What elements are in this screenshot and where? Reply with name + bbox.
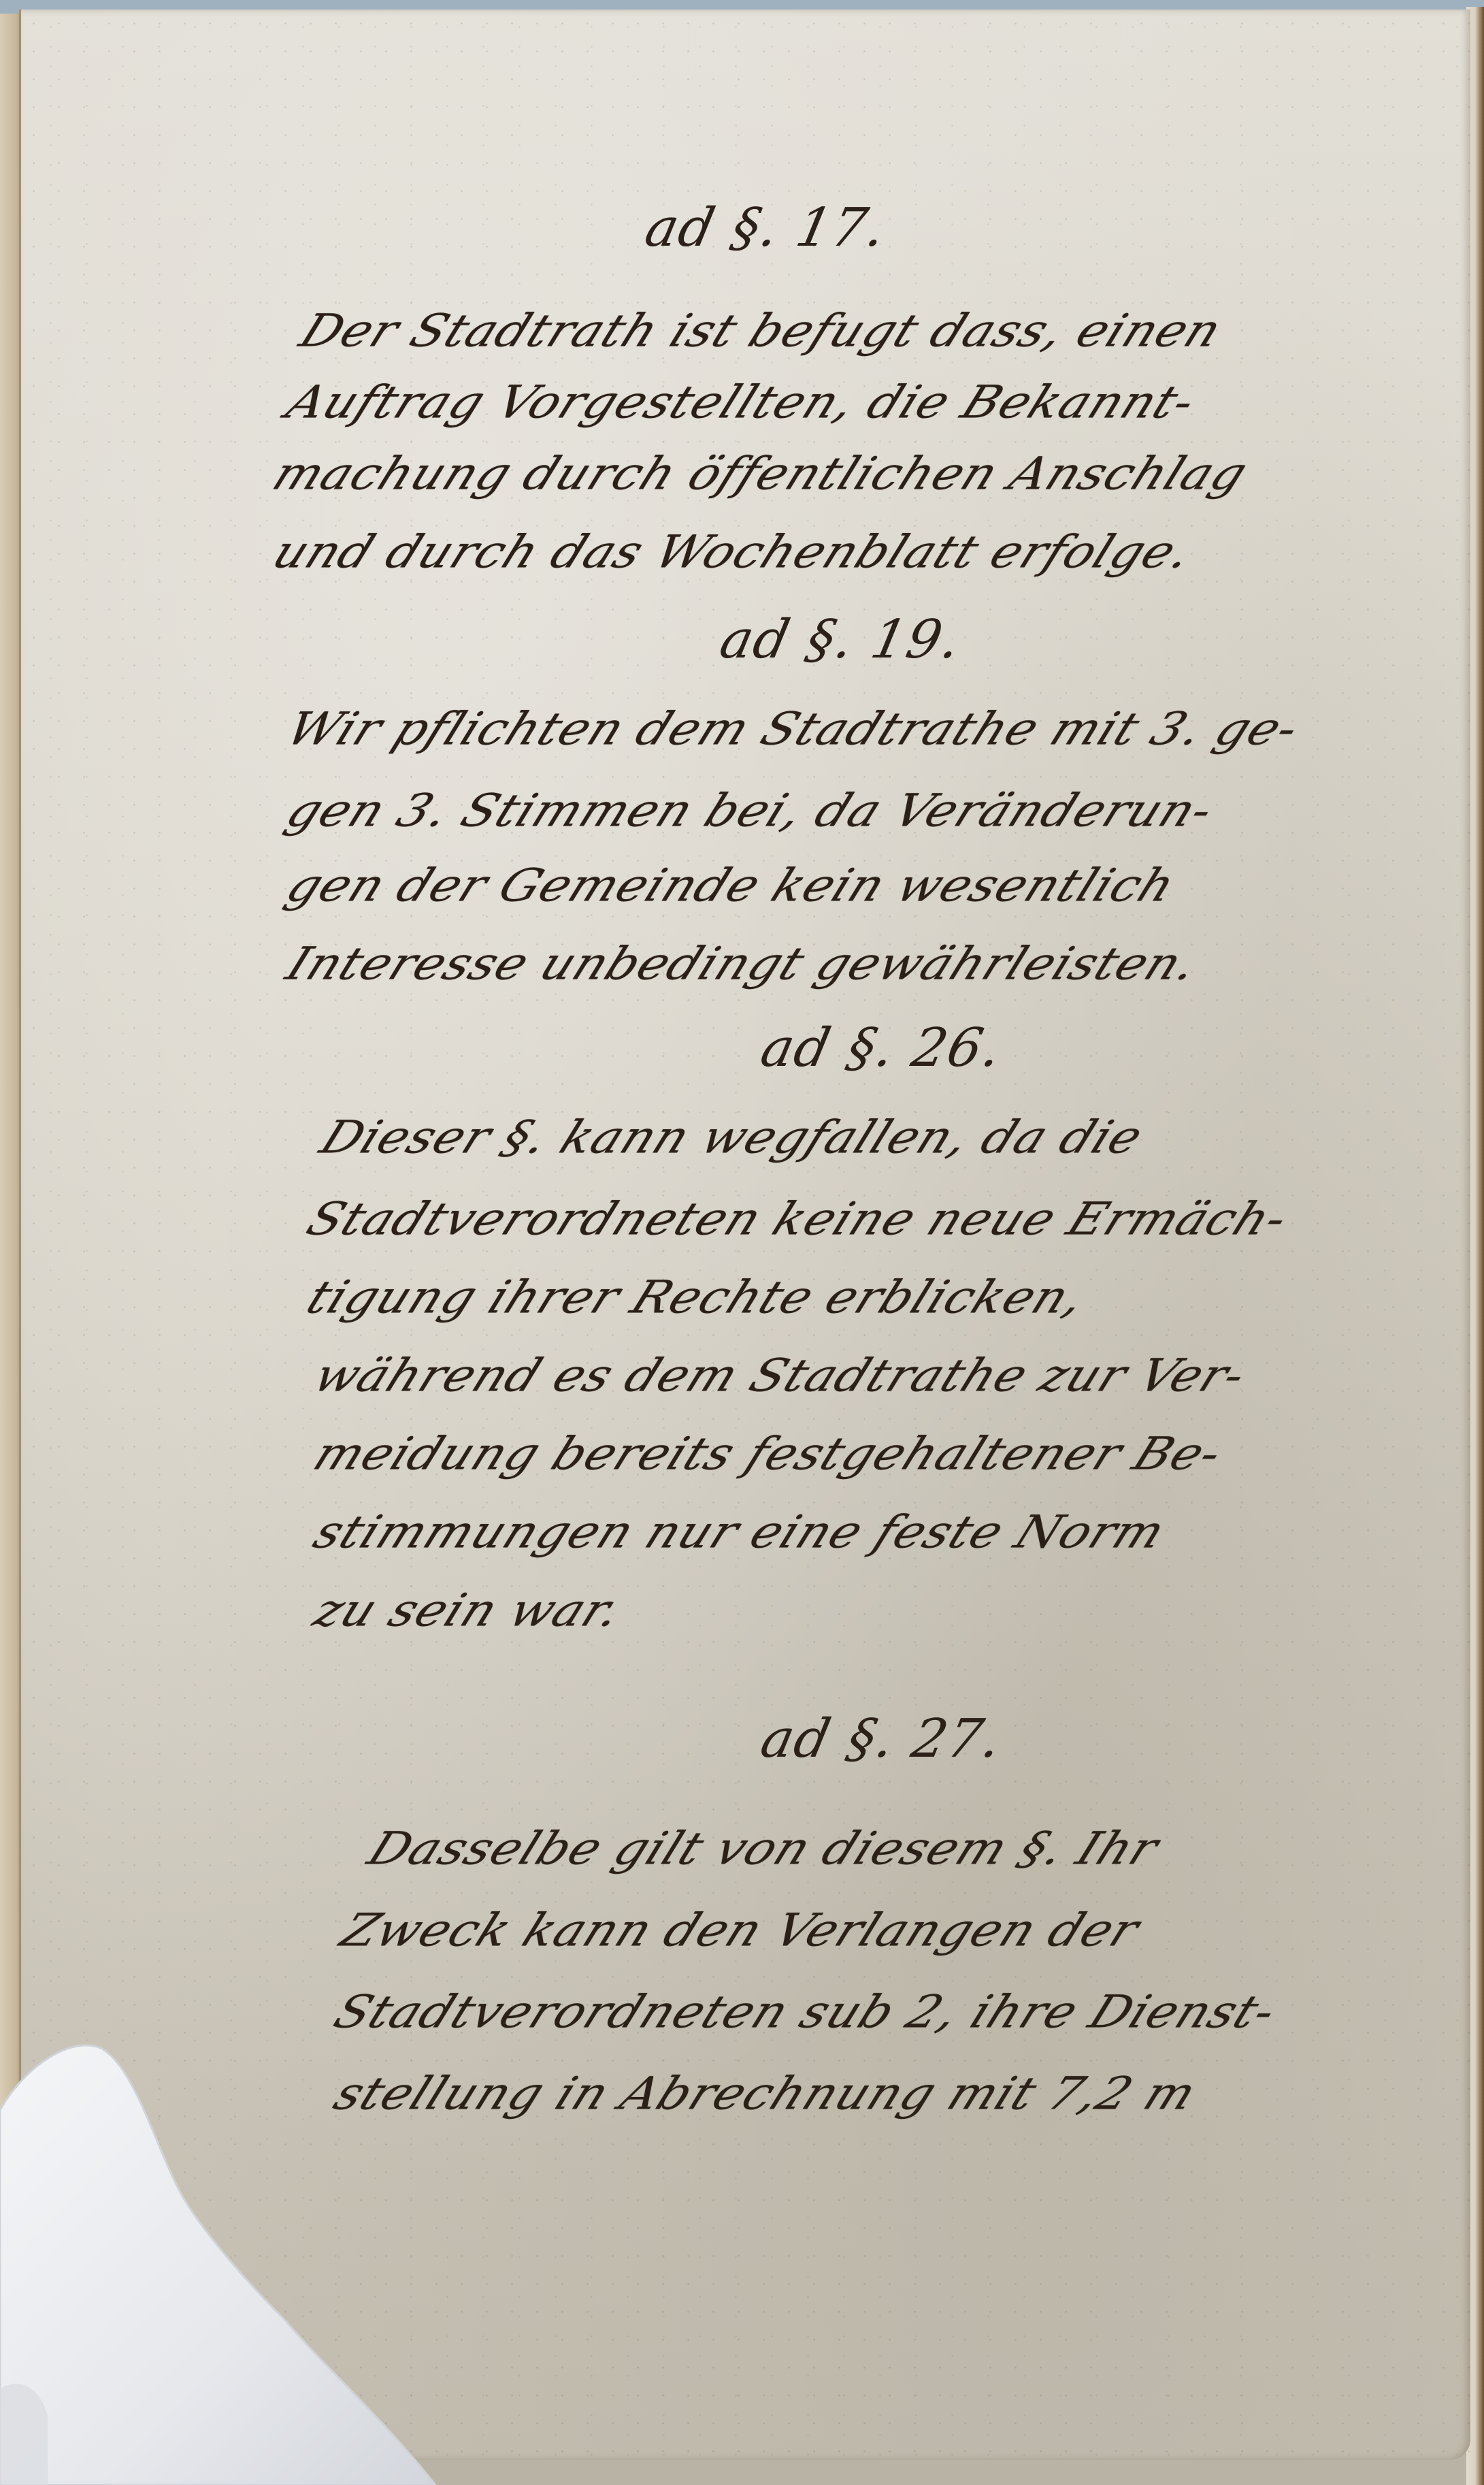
text-line: Wir pflichten dem Stadtrathe mit 3. ge- — [279, 702, 1308, 755]
section-heading-19: ad §. 19. — [714, 609, 967, 670]
section-heading-17: ad §. 17. — [640, 197, 892, 259]
text-line: und durch das Wochenblatt erfolge. — [265, 525, 1201, 578]
white-glove-hand — [0, 2008, 517, 2485]
text-line: gen der Gemeinde kein wesentlich — [279, 859, 1184, 911]
text-line: Dieser §. kann wegfallen, da die — [313, 1111, 1151, 1163]
text-line: Stadtverordneten keine neue Ermäch- — [299, 1192, 1296, 1245]
text-line: stimmungen nur eine feste Norm — [306, 1506, 1174, 1558]
text-line: gen 3. Stimmen bei, da Veränderun- — [279, 784, 1222, 837]
text-line: meidung bereits festgehaltener Be- — [306, 1427, 1230, 1480]
text-line: Auftrag Vorgestellten, die Bekannt- — [279, 376, 1204, 428]
text-line: Interesse unbedingt gewährleisten. — [279, 937, 1206, 990]
text-line: Dasselbe gilt von diesem §. Ihr — [361, 1822, 1167, 1874]
text-line: Der Stadtrath ist befugt dass, einen — [293, 304, 1230, 357]
text-line: zu sein war. — [306, 1584, 630, 1636]
text-line: Zweck kann den Verlangen der — [333, 1904, 1147, 1956]
text-line: tigung ihrer Rechte erblicken, — [299, 1271, 1094, 1323]
text-line: machung durch öffentlichen Anschlag — [265, 447, 1256, 500]
section-heading-26: ad §. 26. — [755, 1018, 1008, 1079]
text-line: während es dem Stadtrathe zur Ver- — [306, 1349, 1255, 1401]
section-heading-27: ad §. 27. — [755, 1708, 1008, 1770]
